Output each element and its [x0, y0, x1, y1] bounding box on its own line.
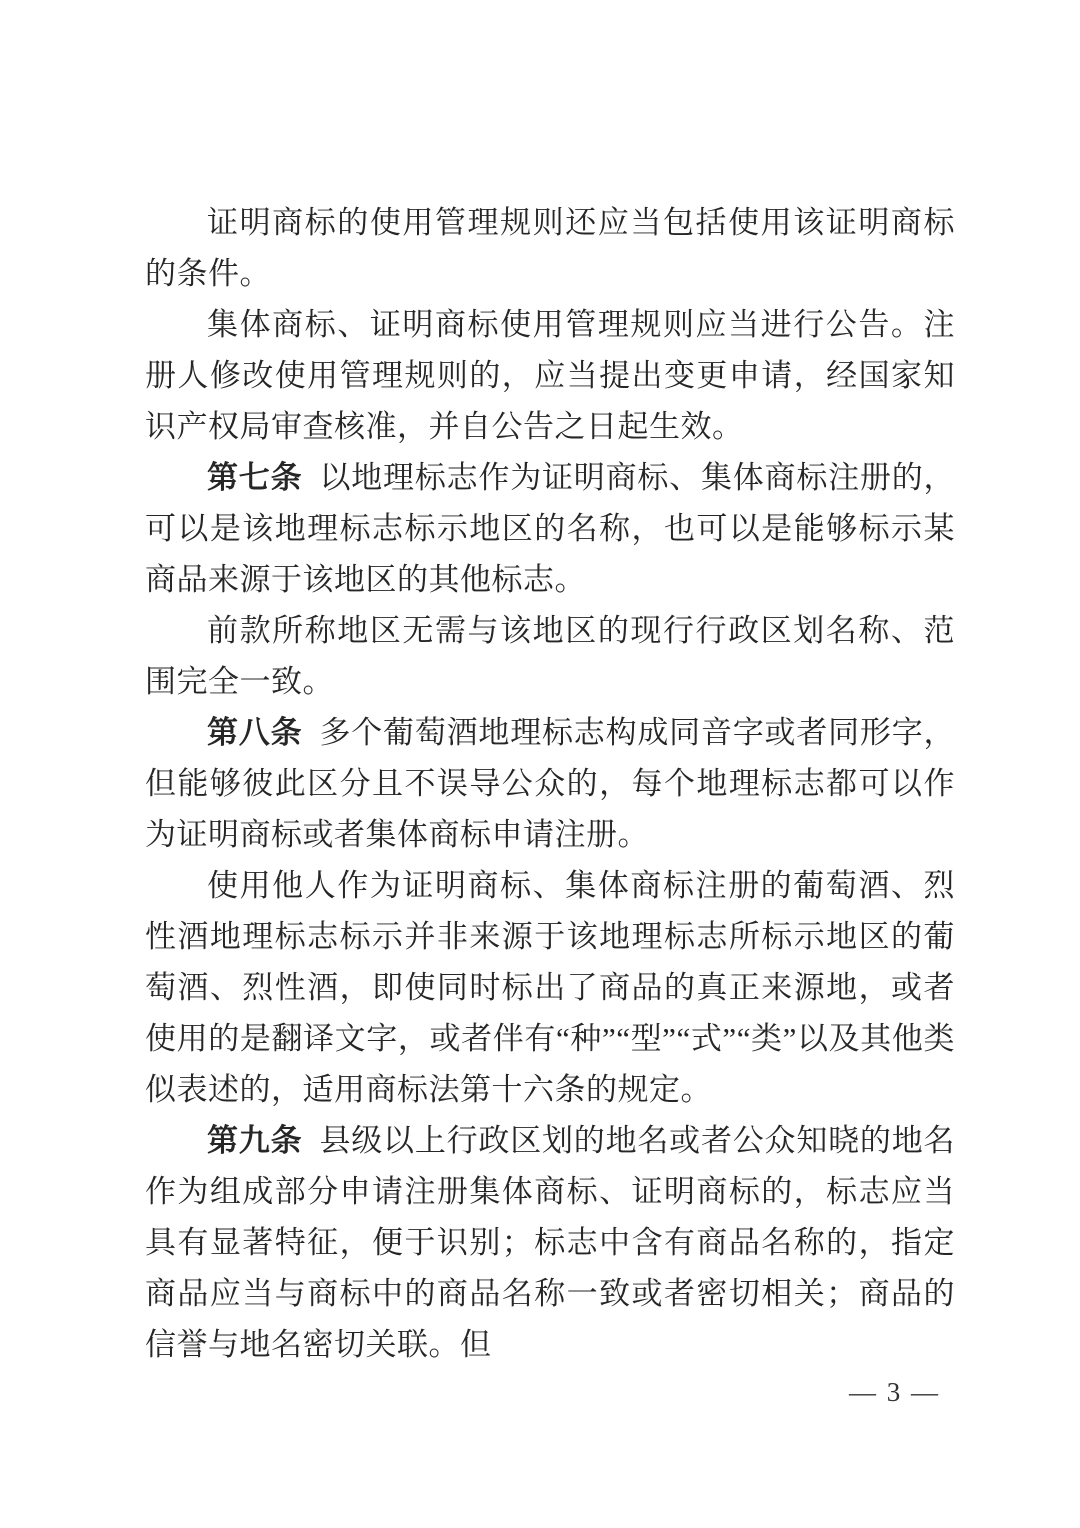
article-paragraph: 第八条多个葡萄酒地理标志构成同音字或者同形字，但能够彼此区分且不误导公众的，每个… — [145, 707, 955, 860]
document-page: 证明商标的使用管理规则还应当包括使用该证明商标的条件。 集体商标、证明商标使用管… — [0, 0, 1080, 1528]
paragraph: 证明商标的使用管理规则还应当包括使用该证明商标的条件。 — [145, 197, 955, 299]
paragraph: 使用他人作为证明商标、集体商标注册的葡萄酒、烈性酒地理标志标示并非来源于该地理标… — [145, 860, 955, 1115]
paragraph-text: 证明商标的使用管理规则还应当包括使用该证明商标的条件。 — [145, 205, 955, 291]
paragraph: 前款所称地区无需与该地区的现行行政区划名称、范围完全一致。 — [145, 605, 955, 707]
article-paragraph: 第七条以地理标志作为证明商标、集体商标注册的，可以是该地理标志标示地区的名称，也… — [145, 452, 955, 605]
paragraph-text: 集体商标、证明商标使用管理规则应当进行公告。注册人修改使用管理规则的，应当提出变… — [145, 307, 955, 444]
document-content: 证明商标的使用管理规则还应当包括使用该证明商标的条件。 集体商标、证明商标使用管… — [145, 197, 955, 1370]
paragraph: 集体商标、证明商标使用管理规则应当进行公告。注册人修改使用管理规则的，应当提出变… — [145, 299, 955, 452]
article-number: 第九条 — [207, 1123, 302, 1158]
paragraph-text: 使用他人作为证明商标、集体商标注册的葡萄酒、烈性酒地理标志标示并非来源于该地理标… — [145, 868, 955, 1107]
paragraph-text: 前款所称地区无需与该地区的现行行政区划名称、范围完全一致。 — [145, 613, 955, 699]
article-number: 第八条 — [207, 715, 302, 750]
article-paragraph: 第九条县级以上行政区划的地名或者公众知晓的地名作为组成部分申请注册集体商标、证明… — [145, 1115, 955, 1370]
page-number: — 3 — — [849, 1376, 940, 1408]
article-number: 第七条 — [207, 460, 302, 495]
paragraph-text: 县级以上行政区划的地名或者公众知晓的地名作为组成部分申请注册集体商标、证明商标的… — [145, 1123, 955, 1362]
